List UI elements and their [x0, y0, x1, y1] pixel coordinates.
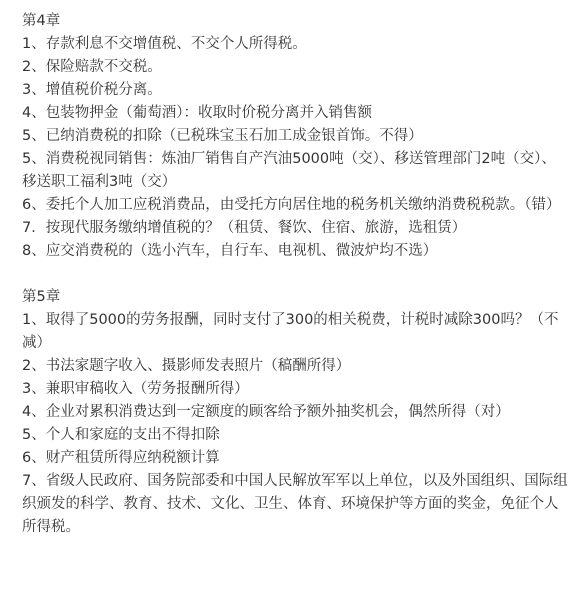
list-item: 3、兼职审稿收入（劳务报酬所得） [22, 378, 568, 401]
list-item: 4、企业对累积消费达到一定额度的顾客给予额外抽奖机会，偶然所得（对） [22, 401, 568, 424]
list-item: 6、财产租赁所得应纳税额计算 [22, 447, 568, 470]
list-item: 2、书法家题字收入、摄影师发表照片（稿酬所得） [22, 355, 568, 378]
chapter-4: 第4章 1、存款利息不交增值税、不交个人所得税。 2、保险赔款不交税。 3、增值… [22, 10, 568, 263]
chapter-title: 第5章 [22, 286, 568, 309]
list-item: 6、委托个人加工应税消费品，由受托方向居住地的税务机关缴纳消费税税款。（错） [22, 194, 568, 217]
list-item: 4、包装物押金（葡萄酒）：收取时价税分离并入销售额 [22, 102, 568, 125]
list-item: 5、消费税视同销售：炼油厂销售自产汽油5000吨（交）、移送管理部门2吨（交）、… [22, 148, 568, 194]
list-item: 3、增值税价税分离。 [22, 79, 568, 102]
list-item: 1、存款利息不交增值税、不交个人所得税。 [22, 33, 568, 56]
list-item: 2、保险赔款不交税。 [22, 56, 568, 79]
list-item: 5、个人和家庭的支出不得扣除 [22, 424, 568, 447]
list-item: 7、省级人民政府、国务院部委和中国人民解放军军以上单位，以及外国组织、国际组织颁… [22, 470, 568, 539]
list-item: 8、应交消费税的（选小汽车，自行车、电视机、微波炉均不选） [22, 240, 568, 263]
list-item: 1、取得了5000的劳务报酬，同时支付了300的相关税费，计税时减除300吗？（… [22, 309, 568, 355]
document-body: 第4章 1、存款利息不交增值税、不交个人所得税。 2、保险赔款不交税。 3、增值… [0, 0, 578, 539]
chapter-5: 第5章 1、取得了5000的劳务报酬，同时支付了300的相关税费，计税时减除30… [22, 286, 568, 539]
chapter-title: 第4章 [22, 10, 568, 33]
list-item: 7．按现代服务缴纳增值税的？（租赁、餐饮、住宿、旅游，选租赁） [22, 217, 568, 240]
list-item: 5、已纳消费税的扣除（已税珠宝玉石加工成金银首饰。不得） [22, 125, 568, 148]
